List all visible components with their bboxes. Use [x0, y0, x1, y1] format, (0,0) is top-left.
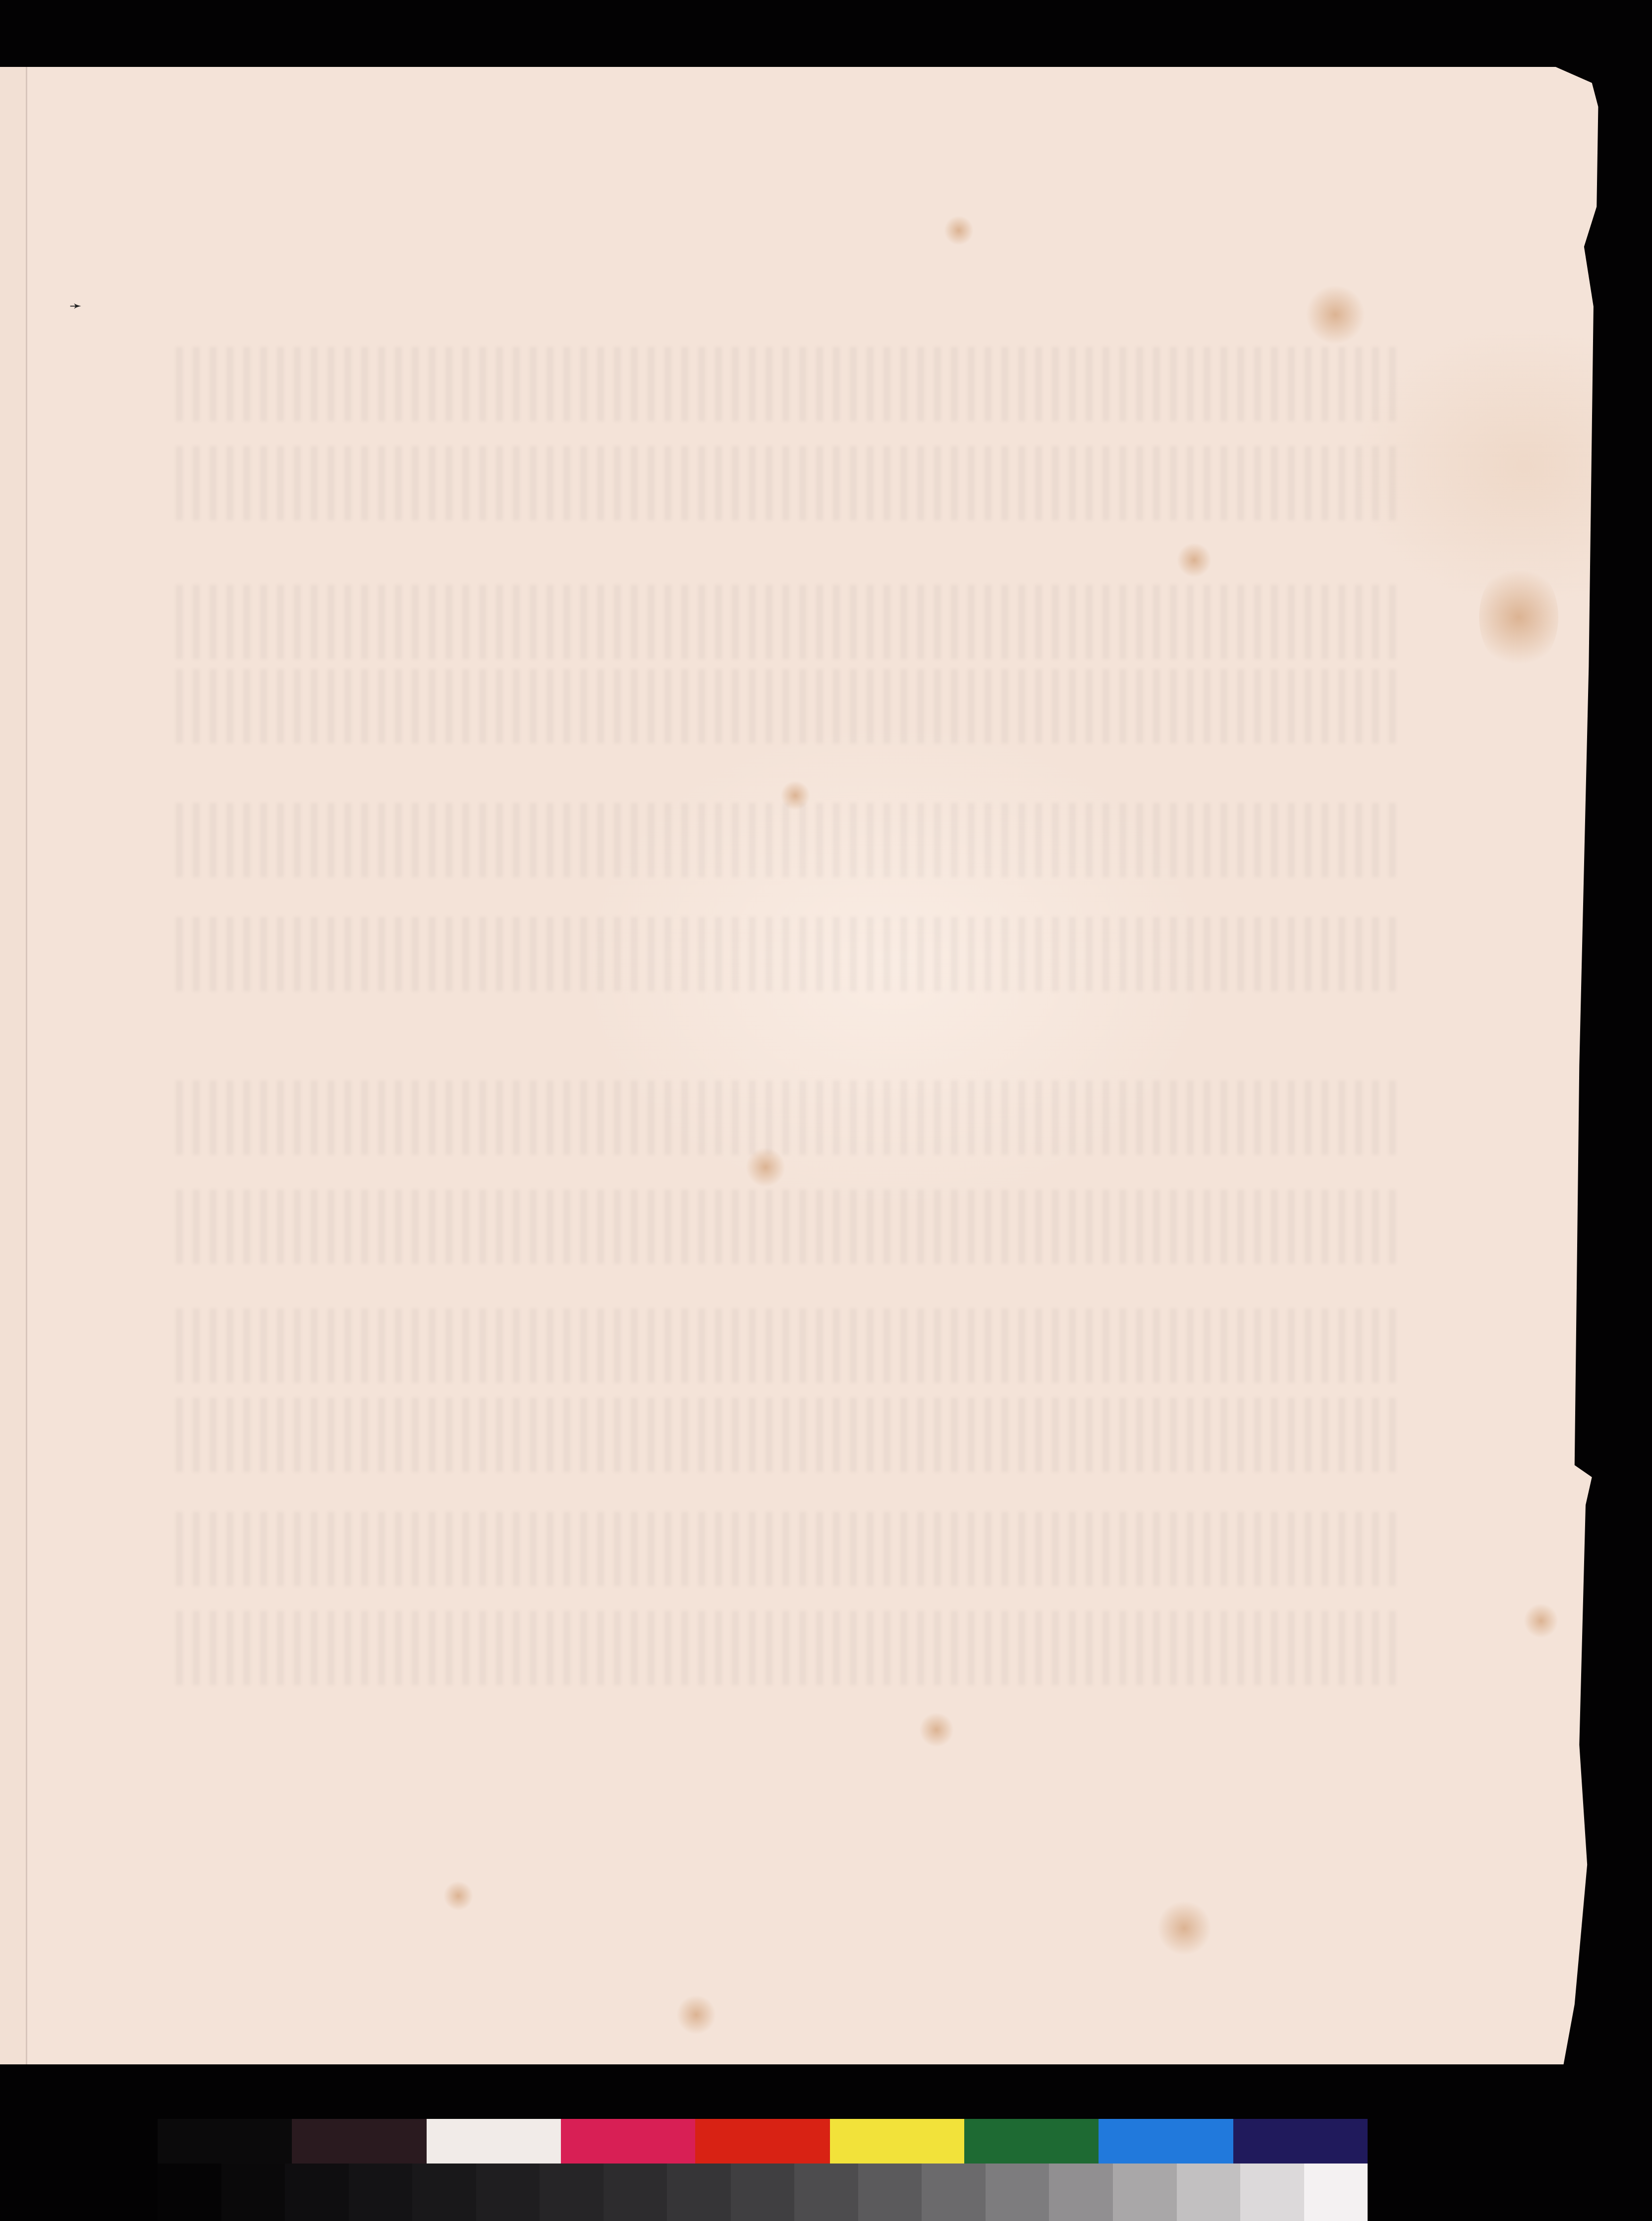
gray-step — [412, 2164, 476, 2221]
gray-step — [476, 2164, 540, 2221]
gray-step — [667, 2164, 731, 2221]
document-page — [27, 67, 1603, 2064]
bleed-through-staff — [176, 585, 1405, 659]
gray-step — [604, 2164, 667, 2221]
foxing-spot — [780, 781, 810, 810]
gray-step — [285, 2164, 349, 2221]
bleed-through-staff — [176, 1512, 1405, 1586]
gray-step — [158, 2164, 221, 2221]
left-page-edge — [0, 67, 27, 2064]
swatch-yellow — [830, 2119, 964, 2164]
foxing-spot — [919, 1712, 954, 1747]
foxing-spot — [746, 1147, 785, 1187]
gray-step — [1177, 2164, 1241, 2221]
gray-step — [794, 2164, 858, 2221]
gray-step — [1240, 2164, 1304, 2221]
gray-step — [349, 2164, 413, 2221]
bleed-through-staff — [176, 1190, 1405, 1264]
foxing-spot — [1524, 1603, 1558, 1638]
swatch-red — [695, 2119, 829, 2164]
gray-step — [986, 2164, 1049, 2221]
gray-step — [221, 2164, 285, 2221]
foxing-spot — [1306, 285, 1365, 344]
swatch-indigo — [1233, 2119, 1368, 2164]
gray-step — [1304, 2164, 1368, 2221]
gray-step — [1049, 2164, 1113, 2221]
swatch-black — [158, 2119, 292, 2164]
bleed-through-staff — [176, 1309, 1405, 1383]
swatch-green — [964, 2119, 1099, 2164]
bleed-through-staff — [176, 803, 1405, 877]
bleed-through-staff — [176, 1081, 1405, 1155]
bleed-through-staff — [176, 917, 1405, 991]
arrow-mark-icon: ➛ — [69, 297, 82, 315]
gray-step — [1113, 2164, 1177, 2221]
foxing-cluster — [1479, 563, 1558, 672]
swatch-magenta — [561, 2119, 695, 2164]
foxing-spot — [1157, 1901, 1211, 1955]
gray-step — [858, 2164, 922, 2221]
foxing-spot — [1177, 543, 1211, 577]
foxing-spot — [676, 1995, 716, 2035]
gray-step — [540, 2164, 604, 2221]
gray-scale-row — [158, 2164, 1368, 2221]
bleed-through-staff — [176, 347, 1405, 421]
gray-step — [922, 2164, 986, 2221]
foxing-spot — [443, 1881, 473, 1911]
bleed-through-staff — [176, 1611, 1405, 1685]
swatch-white — [427, 2119, 561, 2164]
foxing-spot — [944, 216, 974, 245]
color-swatch-row — [158, 2119, 1368, 2164]
swatch-dark-brown — [292, 2119, 426, 2164]
bleed-through-staff — [176, 1398, 1405, 1472]
bleed-through-staff — [176, 669, 1405, 743]
swatch-blue — [1099, 2119, 1233, 2164]
bleed-through-staff — [176, 446, 1405, 520]
gray-step — [731, 2164, 795, 2221]
color-calibration-target — [158, 2119, 1368, 2221]
